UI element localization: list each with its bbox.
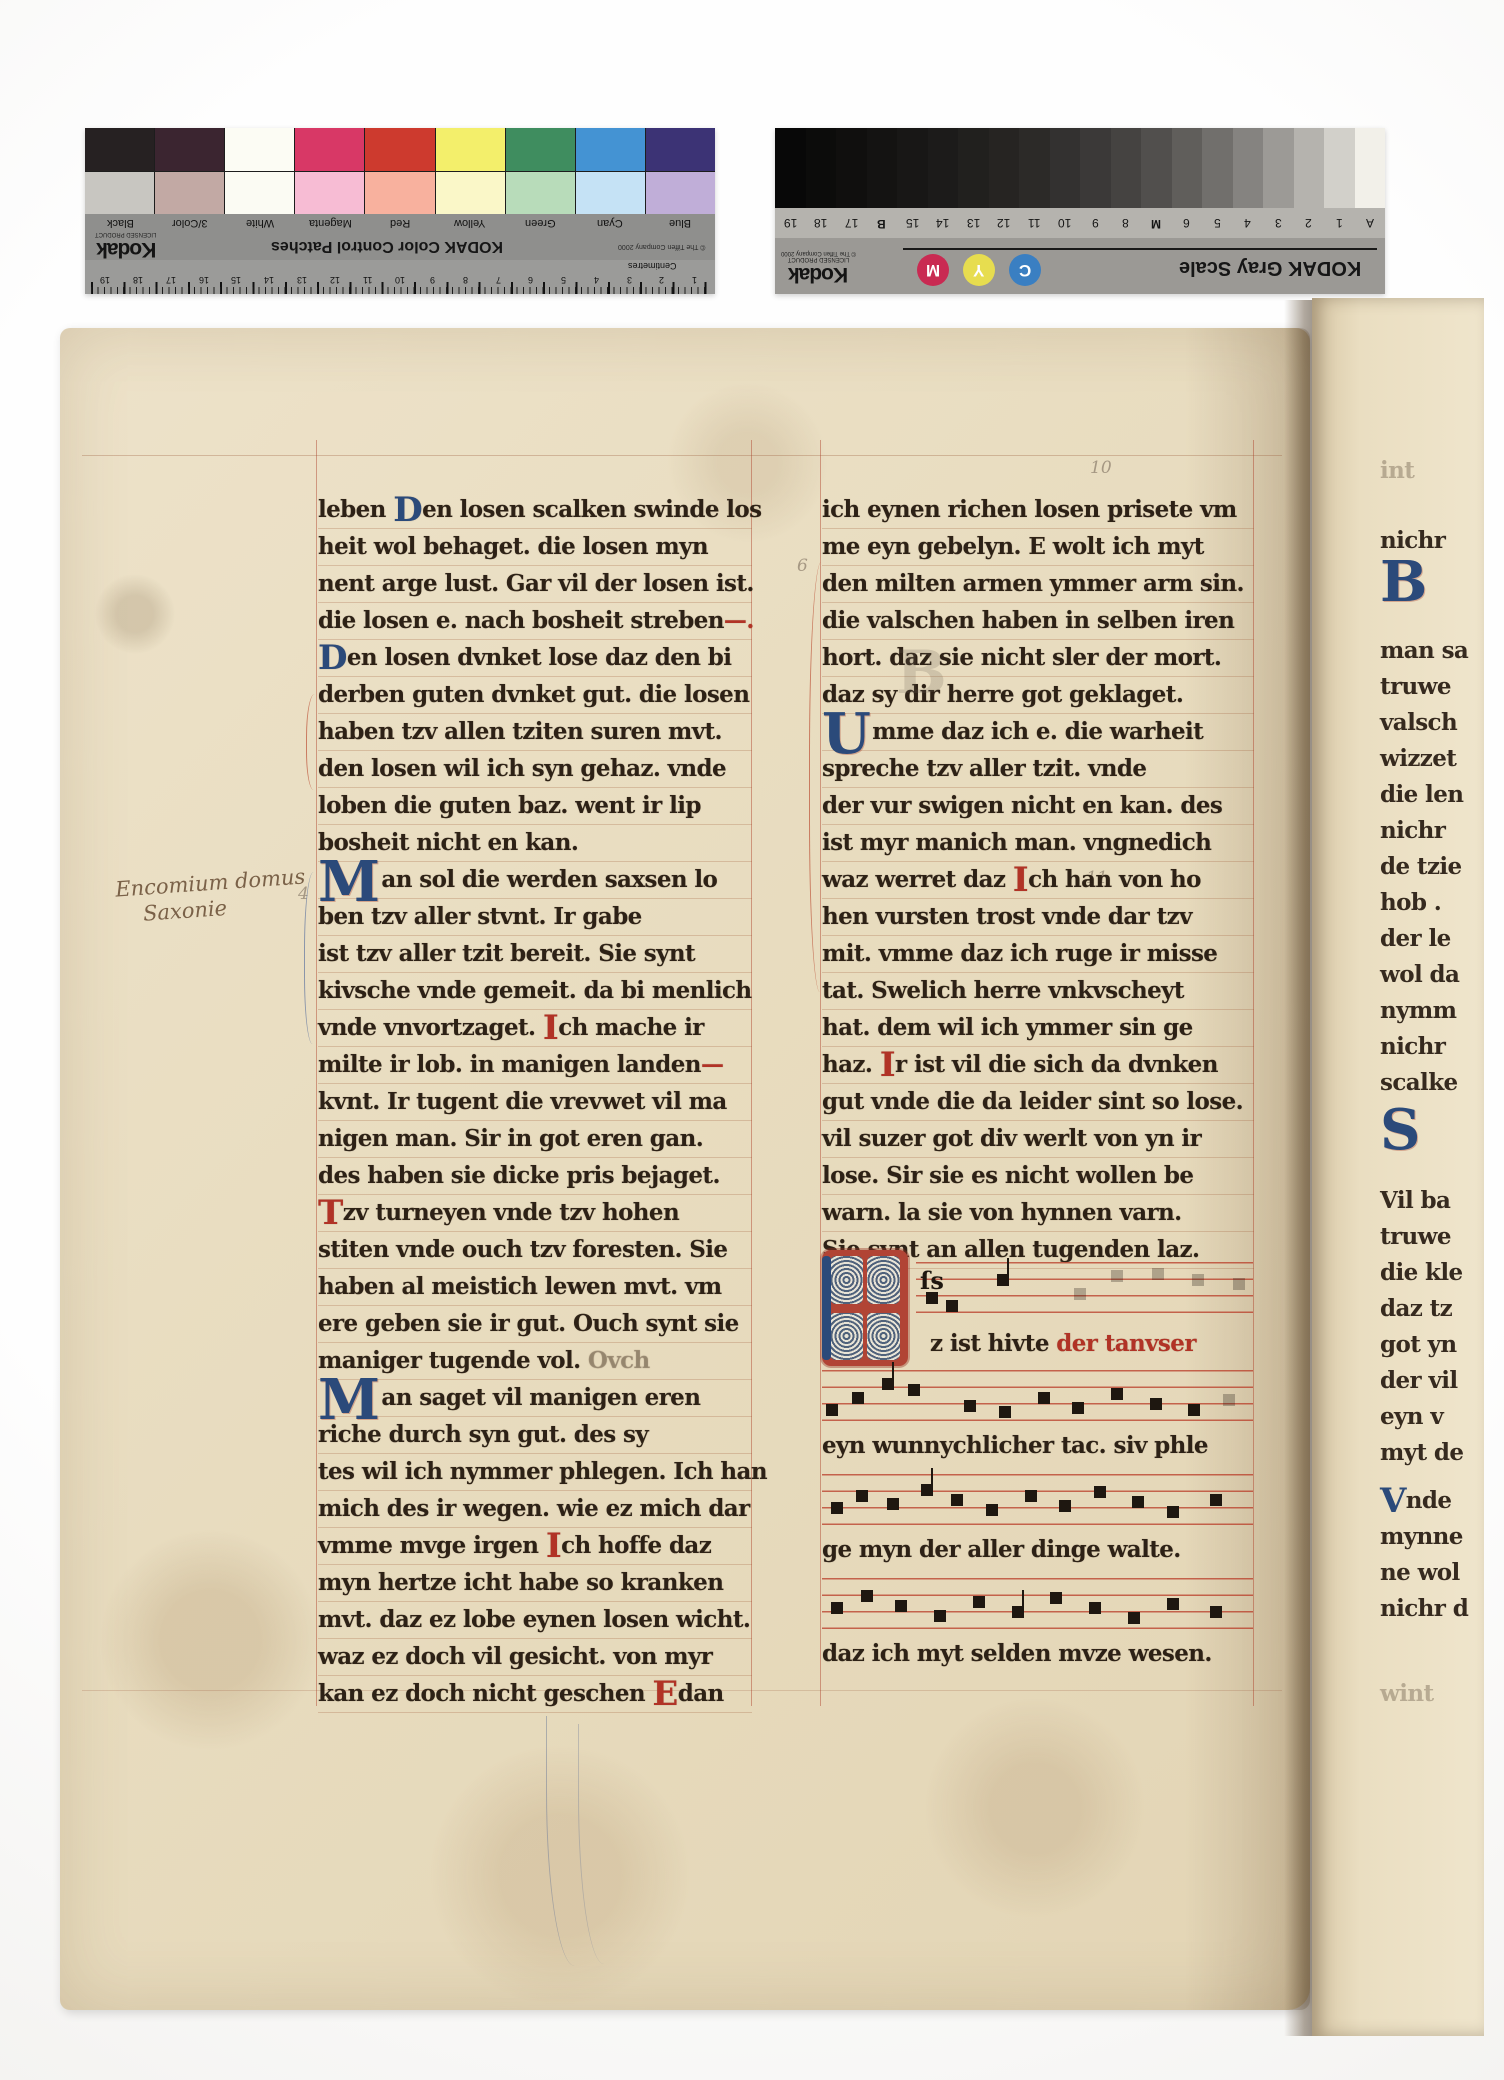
text-segment: Ovch [588,1347,650,1374]
gray-card-rule-line [903,248,1377,250]
folio-fragment-line: eyn v [1380,1399,1443,1435]
color-patch-column-white [225,128,295,214]
gray-step-label-text: 19 [784,216,797,230]
folio-fragment-line: S [1380,1110,1422,1146]
copyright-text: © The Tiffen Company 2000 [781,250,856,256]
color-patch-label: Green [505,217,575,229]
text-segment: kan ez doch nicht geschen [318,1680,652,1707]
gray-step-label: 6 [1172,216,1203,230]
text-segment: milte ir lob. in manigen landen [318,1051,701,1078]
ink-circle-M: M [917,254,949,286]
colored-initial: D [393,490,422,530]
text-segment: der vil [1380,1367,1457,1394]
text-segment: die len [1380,781,1463,808]
colored-initial: D [318,638,347,678]
text-column-1: leben Den losen scalken swinde losheit w… [318,492,752,1713]
color-patch-label-text: Black [107,217,134,229]
initial-spiral-quadrant [867,1256,900,1304]
centimetres-label: Centimetres [628,261,677,271]
manuscript-text-line: vil suzer got div werlt von yn ir [822,1121,1254,1158]
text-segment: vil suzer got div werlt von yn ir [822,1125,1201,1152]
gray-step-label-text: 18 [814,216,827,230]
neume-note [882,1378,894,1390]
neume-note [964,1400,976,1412]
folio-fragment-line: Vnde [1380,1483,1451,1519]
manuscript-text-line: kvnt. Ir tugent die vrevwet vil ma [318,1084,752,1121]
text-segment: tat. Swelich herre vnkvscheyt [822,977,1184,1004]
gray-step-8 [989,128,1020,208]
initial-spiral-quadrant [830,1256,863,1304]
color-patch-label: Cyan [575,217,645,229]
neume-note [1128,1612,1140,1624]
neume-note [1074,1288,1086,1300]
manuscript-text-line: mich des ir wegen. wie ez mich dar [318,1491,752,1528]
gray-step-label: 8 [1111,216,1142,230]
music-text-line: eyn wunnychlicher tac. siv phle [822,1428,1254,1464]
neume-note [1210,1606,1222,1618]
folio-fragment-line: daz tz [1380,1291,1452,1327]
manuscript-text-line: haben al meistich lewen mvt. vm [318,1269,752,1306]
text-segment: nigen man. Sir in got eren gan. [318,1125,703,1152]
text-segment: hort. daz sie nicht sler der mort. [822,644,1221,671]
neume-note [1059,1500,1071,1512]
gray-step-label: M [1141,215,1172,231]
neume-note [1223,1394,1235,1406]
ink-circle-Y: Y [963,254,995,286]
manuscript-text-line: loben die guten baz. went ir lip [318,788,752,825]
kodak-wordmark: Kodak LICENSED PRODUCT © The Tiffen Comp… [781,250,856,286]
text-segment: an sol die werden saxsen lo [381,866,717,893]
rubric-author-tannhauser: der tanvser [1056,1330,1196,1357]
initial-spine [822,1256,831,1360]
text-segment: ist tzv aller tzit bereit. Sie synt [318,940,695,967]
manuscript-text-line: vmme mvge irgen Ich hoffe daz [318,1528,752,1565]
color-patch-blue [646,128,715,172]
gray-step-label: 13 [958,216,989,230]
gray-step-16 [1233,128,1264,208]
gray-step-label: 17 [836,216,867,230]
gray-step-label-text: B [877,217,886,231]
text-segment: ch han von ho [1028,866,1201,893]
color-patch-yellow [436,128,505,172]
manuscript-text-line: mit. vmme daz ich ruge ir misse [822,936,1254,973]
manuscript-text-line: tat. Swelich herre vnkvscheyt [822,973,1254,1010]
gray-step-label-text: M [1151,217,1161,231]
colored-initial: I [880,1045,895,1085]
neume-note [1188,1404,1200,1416]
neume-note [1233,1278,1245,1290]
ink-circle-C: C [1009,254,1041,286]
text-segment: leben [318,496,393,523]
gray-step-label: 19 [775,216,806,230]
text-segment: daz sy dir herre got geklaget. [822,681,1183,708]
text-segment: nent arge lust. Gar vil der losen ist. [318,570,754,597]
neume-note [946,1300,958,1312]
gray-step-label-text: 10 [1058,216,1071,230]
colored-initial: T [318,1193,343,1233]
text-segment: haben tzv allen tziten suren mvt. [318,718,722,745]
gray-step-label-text: 4 [1244,216,1251,230]
color-patch-tint-cyan [576,172,645,215]
gray-scale-step-labels: 191817B15141312111098M654321A [775,208,1385,238]
manuscript-text-line: Man sol die werden saxsen lo [318,862,752,899]
text-segment: warn. la sie von hynnen varn. [822,1199,1182,1226]
kodak-color-control-patches-card: Black3/ColorWhiteMagentaRedYellowGreenCy… [85,128,715,294]
gray-step-label: 4 [1233,216,1264,230]
gray-scale-title-text: KODAK Gray Scale [1179,257,1361,279]
gray-step-4 [867,128,898,208]
gray-step-label: 12 [989,216,1020,230]
text-segment: waz ez doch vil gesicht. von myr [318,1643,712,1670]
text-segment: eyn v [1380,1403,1443,1430]
text-segment: scalke [1380,1069,1458,1096]
manuscript-text-line: daz sy dir herre got geklaget. [822,677,1254,714]
folio-fragment-line: die len [1380,777,1463,813]
neume-note [1150,1398,1162,1410]
text-segment: zv turneyen vnde tzv hohen [343,1199,679,1226]
text-segment: des haben sie dicke pris bejaget. [318,1162,720,1189]
manuscript-text-line: maniger tugende vol. Ovch [318,1343,752,1380]
manuscript-text-line: ist tzv aller tzit bereit. Sie synt [318,936,752,973]
neume-note [1192,1274,1204,1286]
text-segment: wol da [1380,961,1459,988]
color-patch-column-green [506,128,576,214]
text-segment: hat. dem wil ich ymmer sin ge [822,1014,1193,1041]
neume-note [986,1504,998,1516]
folio-fragment-line: Vil ba [1380,1183,1450,1219]
color-patch-label: Blue [645,217,715,229]
gray-step-label: 9 [1080,216,1111,230]
text-segment: me eyn gebelyn. E wolt ich myt [822,533,1204,560]
text-segment: die losen e. nach bosheit streben [318,607,724,634]
gray-step-label: 2 [1294,216,1325,230]
folio-fragment-line: der le [1380,921,1451,957]
ruling-vline-col1-left [316,440,317,1706]
song-incipit-line: z ist hivte der tanvser [930,1326,1260,1362]
text-segment: mich des ir wegen. wie ez mich dar [318,1495,750,1522]
ink-circle-letter: M [926,260,940,280]
manuscript-text-line: lose. Sir sie es nicht wollen be [822,1158,1254,1195]
manuscript-text-line: derben guten dvnket gut. die losen [318,677,752,714]
music-staff-2 [822,1370,1253,1422]
centimetre-ruler: Centimetres 1918171615141312111098765432… [85,260,715,294]
text-segment: mynne [1380,1523,1463,1550]
manuscript-text-line: Den losen dvnket lose daz den bi [318,640,752,677]
folio-fragment-line: wol da [1380,957,1459,993]
color-patch-white [225,128,294,172]
gray-card-title: KODAK Gray Scale [1179,256,1361,279]
ruling-hline-top [82,455,1282,456]
color-patch-black [85,128,154,172]
neume-note [895,1600,907,1612]
ink-circle-letter: C [1019,260,1031,280]
gray-step-label: 14 [928,216,959,230]
music-staff-3 [822,1474,1253,1526]
licensed-product-text: LICENSED PRODUCT [95,231,156,237]
gray-step-label: 3 [1263,216,1294,230]
folio-fragment-line: man sa [1380,633,1468,669]
gray-step-label-text: 17 [845,216,858,230]
ink-circle-letter: Y [973,260,984,280]
text-segment: mme daz ich e. die warheit [872,718,1203,745]
text-segment: vnde vnvortzaget. [318,1014,543,1041]
initial-crossbar [830,1304,900,1313]
manuscript-text-line: Umme daz ich e. die warheit [822,714,1254,751]
manuscript-text-line: hat. dem wil ich ymmer sin ge [822,1010,1254,1047]
color-patch-column-cyan [576,128,646,214]
manuscript-text-line: ich eynen richen losen prisete vm [822,492,1254,529]
text-segment: got yn [1380,1331,1457,1358]
manuscript-text-line: leben Den losen scalken swinde los [318,492,752,529]
manuscript-text-line: gut vnde die da leider sint so lose. [822,1084,1254,1121]
initial-spiral-quadrant [830,1312,863,1360]
gray-step-label-text: A [1366,216,1374,230]
neume-note [1012,1606,1024,1618]
color-patch-tint-blue [646,172,715,215]
folio-fragment-line: B [1380,562,1429,598]
next-folio-edge: intnichrBman satruwevalschwizzetdie lenn… [1312,298,1484,2036]
gray-step-label-text: 15 [906,216,919,230]
manuscript-text-line: kan ez doch nicht geschen Edan [318,1676,752,1713]
text-segment: ere geben sie ir gut. Ouch synt sie [318,1310,739,1337]
neume-note [926,1292,938,1304]
text-segment: myn hertze icht habe so kranken [318,1569,723,1596]
folio-fragment-line: nichr [1380,1029,1445,1065]
folio-fragment-line: ne wol [1380,1555,1460,1591]
folio-fragment-line: truwe [1380,1219,1451,1255]
text-segment: derben guten dvnket gut. die losen [318,681,749,708]
colored-initial: I [546,1526,561,1566]
neume-note [997,1274,1009,1286]
color-patch-column-black [85,128,155,214]
music-text-line: ge myn der aller dinge walte. [822,1532,1254,1568]
gray-step-label-text: 8 [1122,216,1129,230]
folio-fragment-line: nichr [1380,813,1445,849]
text-segment: spreche tzv aller tzit. vnde [822,755,1146,782]
neume-note [1050,1592,1062,1604]
manuscript-text-line: vnde vnvortzaget. Ich mache ir [318,1010,752,1047]
text-segment: der le [1380,925,1451,952]
kodak-logo-text: Kodak [789,263,848,286]
manuscript-text-line: mvt. daz ez lobe eynen losen wicht. [318,1602,752,1639]
manuscript-text-line: die losen e. nach bosheit streben—. [318,603,752,640]
folio-fragment-line: die kle [1380,1255,1463,1291]
gray-step-label: 15 [897,216,928,230]
color-patch-tint-magenta [295,172,364,215]
gray-step-20 [1355,128,1386,208]
text-segment: nymm [1380,997,1456,1024]
pencil-mark: 6 [797,556,808,576]
color-patch-label-text: Cyan [597,217,623,229]
manuscript-text-line: waz werret daz Ich han von ho [822,862,1254,899]
text-segment: hen vursten trost vnde dar tzv [822,903,1192,930]
neume-note [1094,1486,1106,1498]
text-segment: ist myr manich man. vngnedich [822,829,1211,856]
text-segment: nichr [1380,1033,1445,1060]
manuscript-text-line: nigen man. Sir in got eren gan. [318,1121,752,1158]
gray-step-2 [806,128,837,208]
neume-note [1210,1494,1222,1506]
manuscript-text-line: ben tzv aller stvnt. Ir gabe [318,899,752,936]
color-patch-tint-white [225,172,294,215]
folio-fragment-line: de tzie [1380,849,1462,885]
ornate-initial-E [822,1250,908,1366]
neume-note [1132,1496,1144,1508]
folio-fragment-line: wint [1380,1676,1433,1712]
bleedthrough-ghost-letter: B [896,638,947,708]
gray-step-10 [1050,128,1081,208]
manuscript-text-line: nent arge lust. Gar vil der losen ist. [318,566,752,603]
text-segment: wizzet [1380,745,1456,772]
manuscript-text-line: den losen wil ich syn gehaz. vnde [318,751,752,788]
folio-fragment-line: der vil [1380,1363,1457,1399]
gray-step-label: 10 [1050,216,1081,230]
manuscript-text-line: myn hertze icht habe so kranken [318,1565,752,1602]
gray-step-label-text: 5 [1214,216,1221,230]
color-patch-tint-red [365,172,434,215]
color-patch-tint-3/color [155,172,224,215]
text-segment: den losen wil ich syn gehaz. vnde [318,755,726,782]
text-segment: wint [1380,1680,1433,1707]
licensed-product-text: LICENSED PRODUCT [781,256,856,262]
color-patch-labels: Black3/ColorWhiteMagentaRedYellowGreenCy… [85,214,715,232]
manuscript-text-line: Man saget vil manigen eren [318,1380,752,1417]
gray-step-7 [958,128,989,208]
color-patch-label-text: Magenta [309,217,352,229]
gray-step-label: 11 [1019,216,1050,230]
text-segment: stiten vnde ouch tzv foresten. Sie [318,1236,727,1263]
gray-step-label: A [1355,216,1386,230]
color-card-copyright: © The Tiffen Company 2000 [618,243,705,250]
text-segment: loben die guten baz. went ir lip [318,792,701,819]
neume-note [1111,1388,1123,1400]
color-patch-label-text: White [246,217,274,229]
color-card-title-band: Kodak LICENSED PRODUCT KODAK Color Contr… [85,232,715,260]
gray-step-11 [1080,128,1111,208]
gray-step-label-text: 3 [1275,216,1282,230]
manuscript-text-line: der vur swigen nicht en kan. des [822,788,1254,825]
color-patch-green [506,128,575,172]
color-patch-label: Magenta [295,217,365,229]
color-patch-label: Black [85,217,155,229]
gray-step-13 [1141,128,1172,208]
color-patch-label-text: 3/Color [172,217,207,229]
manuscript-text-line: riche durch syn gut. des sy [318,1417,752,1454]
manuscript-text-line: ere geben sie ir gut. Ouch synt sie [318,1306,752,1343]
manuscript-text-line: haben tzv allen tziten suren mvt. [318,714,752,751]
gray-scale-steps [775,128,1385,208]
gray-step-label: B [867,215,898,231]
manuscript-text-line: me eyn gebelyn. E wolt ich myt [822,529,1254,566]
kodak-wordmark: Kodak LICENSED PRODUCT [95,231,156,261]
text-segment: gut vnde die da leider sint so lose. [822,1088,1243,1115]
neume-note [826,1404,838,1416]
manuscript-text-line: hort. daz sie nicht sler der mort. [822,640,1254,677]
incipit-text: z ist hivte [930,1330,1056,1357]
folio-fragment-line: got yn [1380,1327,1457,1363]
folio-fragment-line: mynne [1380,1519,1463,1555]
text-segment: dan [678,1680,724,1707]
gray-step-label-text: 9 [1092,216,1099,230]
color-patch-red [365,128,434,172]
text-segment: tes wil ich nymmer phlegen. Ich han [318,1458,767,1485]
digitized-manuscript-photo: { "calibration": { "color_chart": { "bra… [0,0,1504,2080]
text-segment: nichr [1380,817,1445,844]
text-segment: truwe [1380,1223,1451,1250]
folio-fragment-line: nymm [1380,993,1456,1029]
gray-step-5 [897,128,928,208]
text-segment: haben al meistich lewen mvt. vm [318,1273,721,1300]
text-segment: r ist vil die sich da dvnken [895,1051,1218,1078]
neume-note [1072,1402,1084,1414]
text-segment: ne wol [1380,1559,1460,1586]
manuscript-text-line: hen vursten trost vnde dar tzv [822,899,1254,936]
gray-step-18 [1294,128,1325,208]
gray-step-15 [1202,128,1233,208]
folio-fragment-line: myt de [1380,1435,1463,1471]
text-segment: mvt. daz ez lobe eynen losen wicht. [318,1606,750,1633]
manuscript-text-line: Tzv turneyen vnde tzv hohen [318,1195,752,1232]
color-patch-label: 3/Color [155,217,225,229]
text-segment: de tzie [1380,853,1462,880]
manuscript-text-line: waz ez doch vil gesicht. von myr [318,1639,752,1676]
music-staff-1: ſs [916,1262,1253,1314]
color-patch-tint-yellow [436,172,505,215]
neume-note [831,1602,843,1614]
manuscript-text-line: heit wol behaget. die losen myn [318,529,752,566]
neume-note [1111,1270,1123,1282]
neume-note [1089,1602,1101,1614]
neume-note [908,1384,920,1396]
colored-initial: S [1380,1097,1420,1163]
text-segment: die kle [1380,1259,1463,1286]
text-segment: hob . [1380,889,1441,916]
clef-mark: ſs [920,1266,944,1295]
text-segment: valsch [1380,709,1457,736]
manuscript-text-line: spreche tzv aller tzit. vnde [822,751,1254,788]
manuscript-text-line: warn. la sie von hynnen varn. [822,1195,1254,1232]
color-patch-label-text: Blue [669,217,691,229]
ruler-mm-ticks [91,287,709,294]
text-segment: man sa [1380,637,1468,664]
neume-note [921,1484,933,1496]
color-patch-label-text: Red [390,217,410,229]
color-patch-label-text: Yellow [454,217,485,229]
text-column-2: ich eynen richen losen prisete vmme eyn … [822,492,1254,1269]
gray-step-label: 1 [1324,216,1355,230]
gray-step-9 [1019,128,1050,208]
color-patch-rows [85,128,715,214]
text-segment: waz werret daz [822,866,1013,893]
neume-note [1167,1598,1179,1610]
text-segment: ch mache ir [558,1014,704,1041]
gray-step-12 [1111,128,1142,208]
color-patch-label-text: Green [525,217,556,229]
color-patch-label: Yellow [435,217,505,229]
text-segment: Vil ba [1380,1187,1450,1214]
neume-note [852,1392,864,1404]
gray-step-label-text: 1 [1336,216,1343,230]
gray-step-label-text: 11 [1028,216,1040,230]
neume-note [1152,1268,1164,1280]
text-segment: lose. Sir sie es nicht wollen be [822,1162,1193,1189]
manuscript-text-line: bosheit nicht en kan. [318,825,752,862]
neume-note [831,1502,843,1514]
color-patch-column-blue [646,128,715,214]
kodak-gray-scale-card: 191817B15141312111098M654321A Kodak LICE… [775,128,1385,294]
folio-fragment-line: valsch [1380,705,1457,741]
folio-fragment-line: nichr d [1380,1591,1468,1627]
